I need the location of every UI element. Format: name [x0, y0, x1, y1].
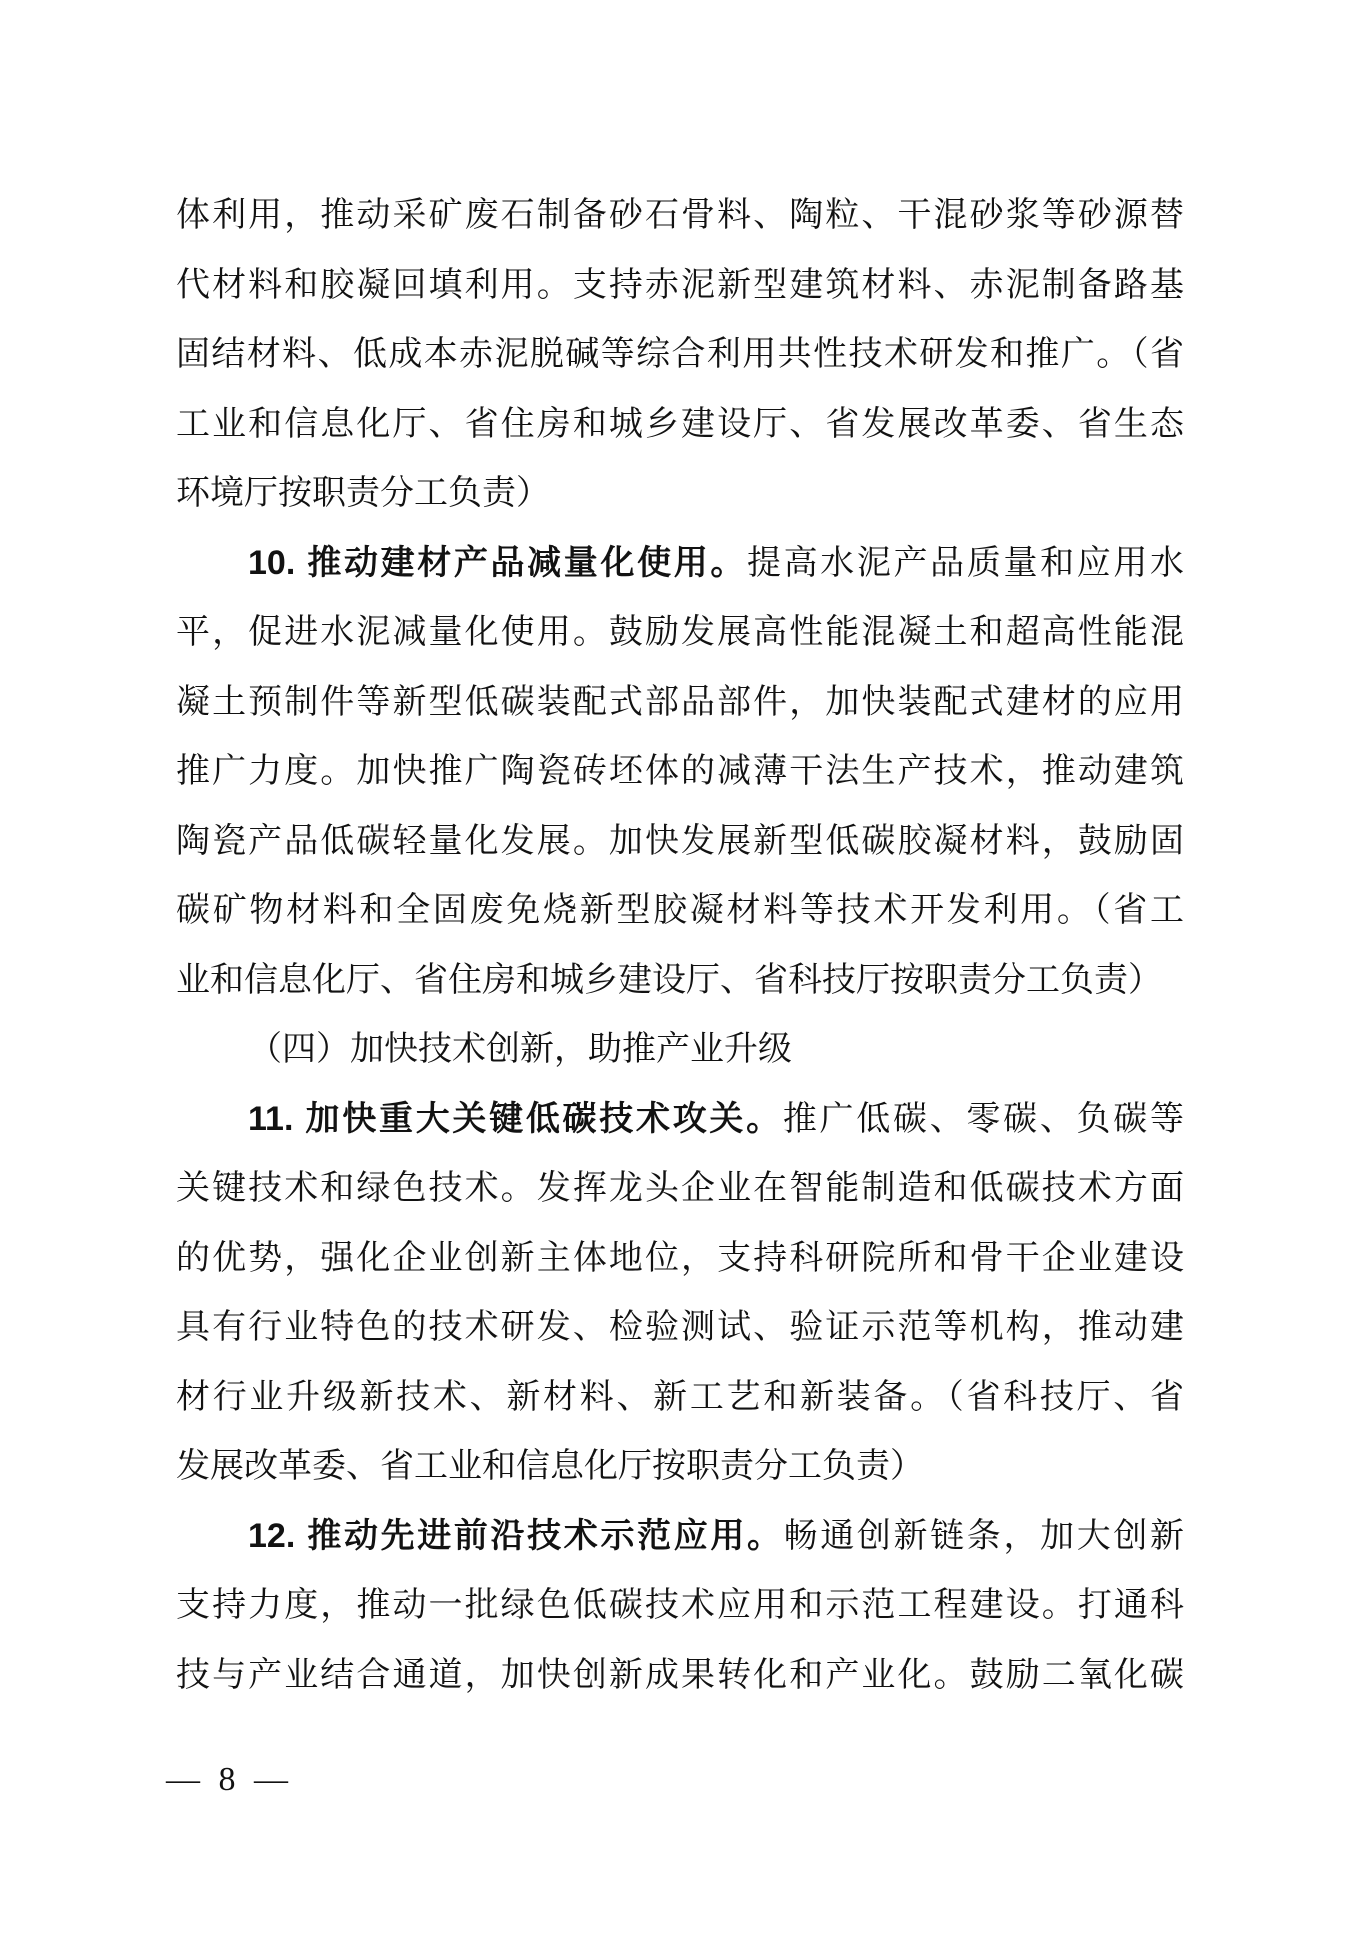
item-11-body-start: 推广低碳、零碳、负碳等: [783, 1101, 1184, 1138]
body-text-line: 环境厅按职责分工负责）: [176, 459, 1184, 529]
body-text-line: 的优势，强化企业创新主体地位，支持科研院所和骨干企业建设: [176, 1224, 1184, 1294]
body-text-line: 平，促进水泥减量化使用。鼓励发展高性能混凝土和超高性能混: [176, 598, 1184, 668]
body-text-line: 具有行业特色的技术研发、检验测试、验证示范等机构，推动建: [176, 1293, 1184, 1363]
body-text-line: 代材料和胶凝回填利用。支持赤泥新型建筑材料、赤泥制备路基: [176, 251, 1184, 321]
body-text-line: 陶瓷产品低碳轻量化发展。加快发展新型低碳胶凝材料，鼓励固: [176, 807, 1184, 877]
body-text-line: 业和信息化厅、省住房和城乡建设厅、省科技厅按职责分工负责）: [176, 946, 1184, 1016]
item-10-line: 10. 推动建材产品减量化使用。提高水泥产品质量和应用水: [176, 529, 1184, 599]
page-number: — 8 —: [166, 1745, 289, 1815]
body-text-line: 碳矿物材料和全固废免烧新型胶凝材料等技术开发利用。（省工: [176, 876, 1184, 946]
section-4-heading: （四）加快技术创新，助推产业升级: [176, 1015, 1184, 1085]
scanned-document-page: 体利用，推动采矿废石制备砂石骨料、陶粒、干混砂浆等砂源替 代材料和胶凝回填利用。…: [0, 0, 1366, 1942]
item-11-line: 11. 加快重大关键低碳技术攻关。推广低碳、零碳、负碳等: [176, 1085, 1184, 1155]
item-11-heading: 11. 加快重大关键低碳技术攻关。: [248, 1100, 783, 1138]
item-12-heading: 12. 推动先进前沿技术示范应用。: [248, 1517, 784, 1555]
document-body: 体利用，推动采矿废石制备砂石骨料、陶粒、干混砂浆等砂源替 代材料和胶凝回填利用。…: [176, 181, 1184, 1710]
body-text-line: 固结材料、低成本赤泥脱碱等综合利用共性技术研发和推广。（省: [176, 320, 1184, 390]
item-12-line: 12. 推动先进前沿技术示范应用。畅通创新链条，加大创新: [176, 1502, 1184, 1572]
body-text-line: 支持力度，推动一批绿色低碳技术应用和示范工程建设。打通科: [176, 1571, 1184, 1641]
item-12-body-start: 畅通创新链条，加大创新: [784, 1518, 1184, 1555]
body-text-line: 凝土预制件等新型低碳装配式部品部件，加快装配式建材的应用: [176, 668, 1184, 738]
body-text-line: 推广力度。加快推广陶瓷砖坯体的减薄干法生产技术，推动建筑: [176, 737, 1184, 807]
body-text-line: 工业和信息化厅、省住房和城乡建设厅、省发展改革委、省生态: [176, 390, 1184, 460]
body-text-line: 体利用，推动采矿废石制备砂石骨料、陶粒、干混砂浆等砂源替: [176, 181, 1184, 251]
item-10-heading: 10. 推动建材产品减量化使用。: [248, 544, 747, 582]
body-text-line: 技与产业结合通道，加快创新成果转化和产业化。鼓励二氧化碳: [176, 1641, 1184, 1711]
body-text-line: 材行业升级新技术、新材料、新工艺和新装备。（省科技厅、省: [176, 1363, 1184, 1433]
body-text-line: 关键技术和绿色技术。发挥龙头企业在智能制造和低碳技术方面: [176, 1154, 1184, 1224]
body-text-line: 发展改革委、省工业和信息化厅按职责分工负责）: [176, 1432, 1184, 1502]
item-10-body-start: 提高水泥产品质量和应用水: [747, 545, 1184, 582]
